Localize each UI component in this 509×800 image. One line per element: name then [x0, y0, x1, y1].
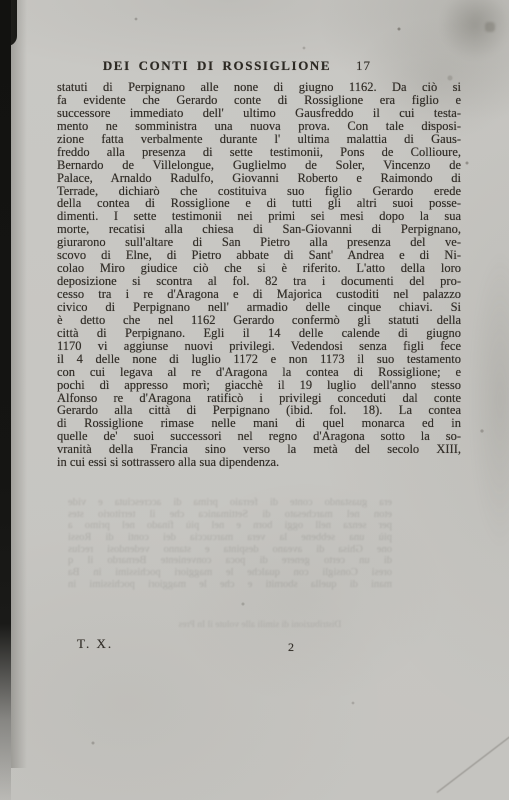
paper-crease — [437, 736, 509, 793]
text-line: statuti di Perpignano alle none di giugn… — [57, 81, 461, 94]
text-line: zione fatta verbalmente durante l' ultim… — [57, 133, 461, 146]
bleed-through-text: era guastando conte di ferraio prima di … — [68, 497, 392, 591]
text-line: freddo alla presenza di sette testimonii… — [57, 146, 461, 159]
ghost-line: oresi Consigli con qualche le maggiori p… — [68, 567, 392, 579]
scan-edge-left — [0, 0, 11, 800]
bleed-through-footnote: Distribuzioni di simili alle volute il I… — [140, 620, 380, 630]
page-number: 17 — [356, 58, 392, 74]
scanned-page: DEI CONTI DI ROSSIGLIONE 17 statuti di P… — [0, 0, 509, 800]
signature-mark: 2 — [288, 640, 294, 655]
text-line: 1170 vi aggiunse nuovi privilegi. Vedend… — [57, 340, 461, 353]
text-line: pochi dì appresso morì; giacchè il 19 lu… — [57, 379, 461, 392]
text-line: è detto che nel 1162 Gerardo confermò gl… — [57, 314, 461, 327]
text-line: cesso tra i re d'Aragona e di Majorica c… — [57, 288, 461, 301]
paper-specks — [0, 0, 2, 2]
text-line: mento ne somministra una nuova prova. Co… — [57, 120, 461, 133]
tome-mark: T. X. — [77, 636, 113, 652]
paper-stain-right-margin — [470, 250, 509, 550]
text-line: fa evidente che Gerardo conte di Rossigl… — [57, 94, 461, 107]
text-line: città di Perpignano. Egli il 14 delle ca… — [57, 327, 461, 340]
ghost-line: eton nel marchesato di Settimanica che i… — [68, 509, 392, 521]
header-title: DEI CONTI DI ROSSIGLIONE — [103, 58, 331, 73]
text-line: civico di Perpignano nell' armadio delle… — [57, 301, 461, 314]
ghost-line: era guastando conte di ferraio prima di … — [68, 497, 392, 509]
ghost-line: one Ghisa di aveano despinta e stanno ve… — [68, 544, 392, 556]
body-text: statuti di Perpignano alle none di giugn… — [57, 81, 461, 469]
text-line: il 4 delle none di luglio 1172 e non 117… — [57, 353, 461, 366]
paper-stain-top-right — [440, 0, 509, 60]
text-line: successore immediato dell' ultimo Gausfr… — [57, 107, 461, 120]
text-line: in cui essi si sottrassero alla sua dipe… — [57, 456, 461, 469]
running-header: DEI CONTI DI ROSSIGLIONE — [57, 57, 377, 75]
text-line: Palace, Arnaldo Radulfo, Giovanni Robert… — [57, 172, 461, 185]
ghost-line: di un certo genere di poca conveniente B… — [68, 555, 392, 567]
text-line: con cui legava al re d'Aragona la contea… — [57, 366, 461, 379]
ghost-line: più una sebbene la vera marcuccia dei co… — [68, 532, 392, 544]
ghost-line: mani di quella sborniti e che le maggior… — [68, 579, 392, 591]
ghost-line: per senza nell oggi born e nel più finad… — [68, 520, 392, 532]
text-line: Bernardo de Villelongue, Guglielmo de So… — [57, 159, 461, 172]
